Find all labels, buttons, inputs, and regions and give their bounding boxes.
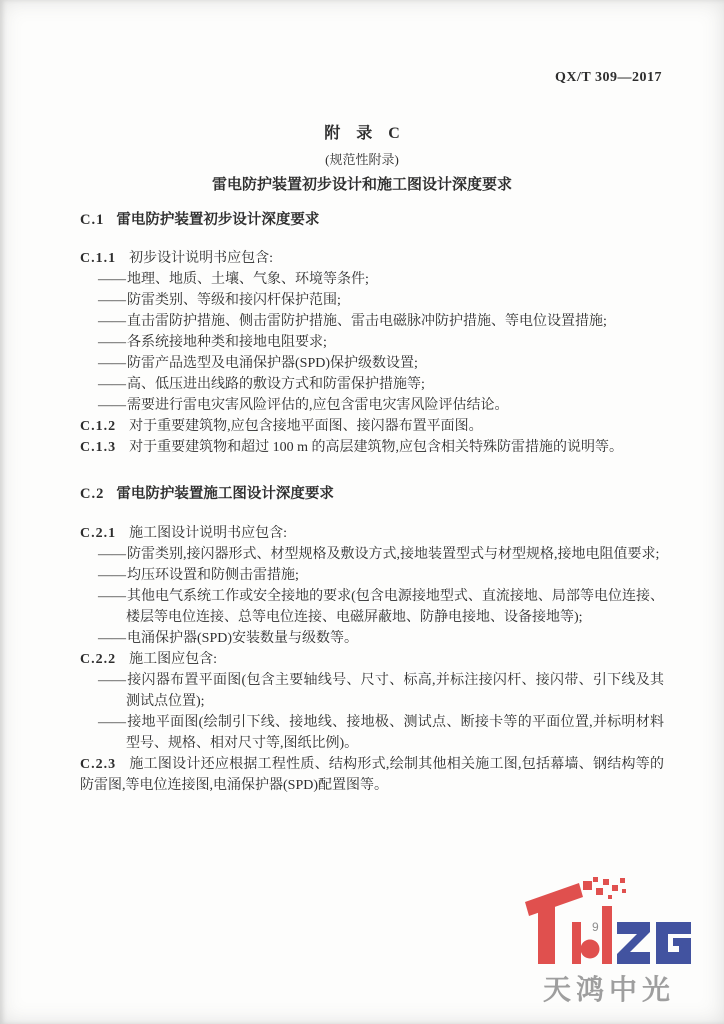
list-item: ——接地平面图(绘制引下线、接地线、接地极、测试点、断接卡等的平面位置,并标明材…: [80, 712, 664, 754]
list-item: ——直击雷防护措施、侧击雷防护措施、雷击电磁脉冲防护措施、等电位设置措施;: [80, 311, 664, 332]
list-item: ——电涌保护器(SPD)安装数量与级数等。: [80, 628, 664, 649]
list-item-text: 防雷产品选型及电涌保护器(SPD)保护级数设置;: [127, 356, 418, 371]
clause-number: C.2.2: [80, 652, 116, 667]
clause-number: C.2.3: [80, 757, 116, 772]
clause-text: 对于重要建筑物,应包含接地平面图、接闪器布置平面图。: [129, 419, 483, 434]
appendix-subtitle: (规范性附录): [0, 148, 724, 172]
list-item: ——均压环设置和防侧击雷措施;: [80, 565, 664, 586]
dash-marker: ——: [98, 272, 126, 287]
dash-marker: ——: [98, 568, 126, 583]
clause-c223: C.2.3施工图设计还应根据工程性质、结构形式,绘制其他相关施工图,包括幕墙、钢…: [80, 754, 664, 796]
section-heading: C.1雷电防护装置初步设计深度要求: [80, 210, 664, 231]
list-item-text: 各系统接地种类和接地电阻要求;: [127, 335, 327, 350]
list-item: ——接闪器布置平面图(包含主要轴线号、尺寸、标高,并标注接闪杆、接闪带、引下线及…: [80, 670, 664, 712]
section-c1: C.1雷电防护装置初步设计深度要求 C.1.1初步设计说明书应包含: ——地理、…: [80, 210, 664, 458]
dash-marker: ——: [98, 335, 126, 350]
appendix-title-block: 附 录 C (规范性附录) 雷电防护装置初步设计和施工图设计深度要求: [0, 122, 724, 197]
list-item: ——地理、地质、土壤、气象、环境等条件;: [80, 269, 664, 290]
clause-c113: C.1.3对于重要建筑物和超过 100 m 的高层建筑物,应包含相关特殊防雷措施…: [80, 437, 664, 458]
list-item: ——其他电气系统工作或安全接地的要求(包含电源接地型式、直流接地、局部等电位连接…: [80, 586, 664, 628]
clause-c221: C.2.1施工图设计说明书应包含:: [80, 523, 664, 544]
clause-number: C.1.1: [80, 251, 116, 266]
list-item-text: 接地平面图(绘制引下线、接地线、接地极、测试点、断接卡等的平面位置,并标明材料型…: [126, 715, 664, 751]
dash-marker: ——: [98, 673, 126, 688]
list-item: ——防雷类别,接闪器形式、材型规格及敷设方式,接地装置型式与材型规格,接地电阻值…: [80, 544, 664, 565]
section-heading: C.2雷电防护装置施工图设计深度要求: [80, 484, 664, 505]
list-item-text: 均压环设置和防侧击雷措施;: [127, 568, 299, 583]
dash-marker: ——: [98, 293, 126, 308]
list-item: ——各系统接地种类和接地电阻要求;: [80, 332, 664, 353]
clause-text: 施工图设计说明书应包含:: [129, 526, 287, 541]
list-item: ——防雷类别、等级和接闪杆保护范围;: [80, 290, 664, 311]
clause-text: 对于重要建筑物和超过 100 m 的高层建筑物,应包含相关特殊防雷措施的说明等。: [129, 440, 623, 455]
list-item-text: 接闪器布置平面图(包含主要轴线号、尺寸、标高,并标注接闪杆、接闪带、引下线及其测…: [126, 673, 664, 709]
dash-marker: ——: [98, 547, 126, 562]
logo-caption: 天鸿中光: [516, 968, 702, 1008]
dash-marker: ——: [98, 356, 126, 371]
section-c2: C.2雷电防护装置施工图设计深度要求 C.2.1施工图设计说明书应包含: ——防…: [80, 484, 664, 796]
list-item-text: 其他电气系统工作或安全接地的要求(包含电源接地型式、直流接地、局部等电位连接、楼…: [126, 589, 664, 625]
document-page: QX/T 309—2017 附 录 C (规范性附录) 雷电防护装置初步设计和施…: [0, 0, 724, 1024]
clause-number: C.2.1: [80, 526, 116, 541]
page-number: 9: [592, 920, 599, 934]
list-item: ——防雷产品选型及电涌保护器(SPD)保护级数设置;: [80, 353, 664, 374]
list-item-text: 地理、地质、土壤、气象、环境等条件;: [127, 272, 369, 287]
dash-marker: ——: [98, 398, 126, 413]
section-title: 雷电防护装置施工图设计深度要求: [116, 486, 334, 502]
appendix-heading: 雷电防护装置初步设计和施工图设计深度要求: [0, 173, 724, 197]
clause-text: 施工图应包含:: [129, 652, 217, 667]
document-body: C.1雷电防护装置初步设计深度要求 C.1.1初步设计说明书应包含: ——地理、…: [80, 210, 664, 796]
thzg-logo-icon: [523, 876, 695, 968]
list-item-text: 电涌保护器(SPD)安装数量与级数等。: [127, 631, 358, 646]
clause-number: C.1.2: [80, 419, 116, 434]
list-item: ——高、低压进出线路的敷设方式和防雷保护措施等;: [80, 374, 664, 395]
clause-c222: C.2.2施工图应包含:: [80, 649, 664, 670]
appendix-title: 附 录 C: [0, 122, 724, 146]
clause-number: C.1.3: [80, 440, 116, 455]
clause-text: 初步设计说明书应包含:: [129, 251, 273, 266]
standard-number: QX/T 309—2017: [555, 70, 662, 86]
list-item-text: 防雷类别,接闪器形式、材型规格及敷设方式,接地装置型式与材型规格,接地电阻值要求…: [127, 547, 659, 562]
company-logo-watermark: 天鸿中光: [516, 876, 702, 1008]
section-title: 雷电防护装置初步设计深度要求: [116, 212, 319, 228]
section-number: C.2: [80, 486, 104, 502]
list-item-text: 直击雷防护措施、侧击雷防护措施、雷击电磁脉冲防护措施、等电位设置措施;: [127, 314, 607, 329]
dash-marker: ——: [98, 715, 126, 730]
list-item-text: 高、低压进出线路的敷设方式和防雷保护措施等;: [127, 377, 425, 392]
dash-marker: ——: [98, 314, 126, 329]
list-item-text: 需要进行雷电灾害风险评估的,应包含雷电灾害风险评估结论。: [127, 398, 509, 413]
dash-marker: ——: [98, 377, 126, 392]
clause-c112: C.1.2对于重要建筑物,应包含接地平面图、接闪器布置平面图。: [80, 416, 664, 437]
section-number: C.1: [80, 212, 104, 228]
dash-marker: ——: [98, 589, 126, 604]
dash-marker: ——: [98, 631, 126, 646]
list-item-text: 防雷类别、等级和接闪杆保护范围;: [127, 293, 341, 308]
clause-text: 施工图设计还应根据工程性质、结构形式,绘制其他相关施工图,包括幕墙、钢结构等的防…: [80, 757, 664, 793]
list-item: ——需要进行雷电灾害风险评估的,应包含雷电灾害风险评估结论。: [80, 395, 664, 416]
clause-c111: C.1.1初步设计说明书应包含:: [80, 248, 664, 269]
